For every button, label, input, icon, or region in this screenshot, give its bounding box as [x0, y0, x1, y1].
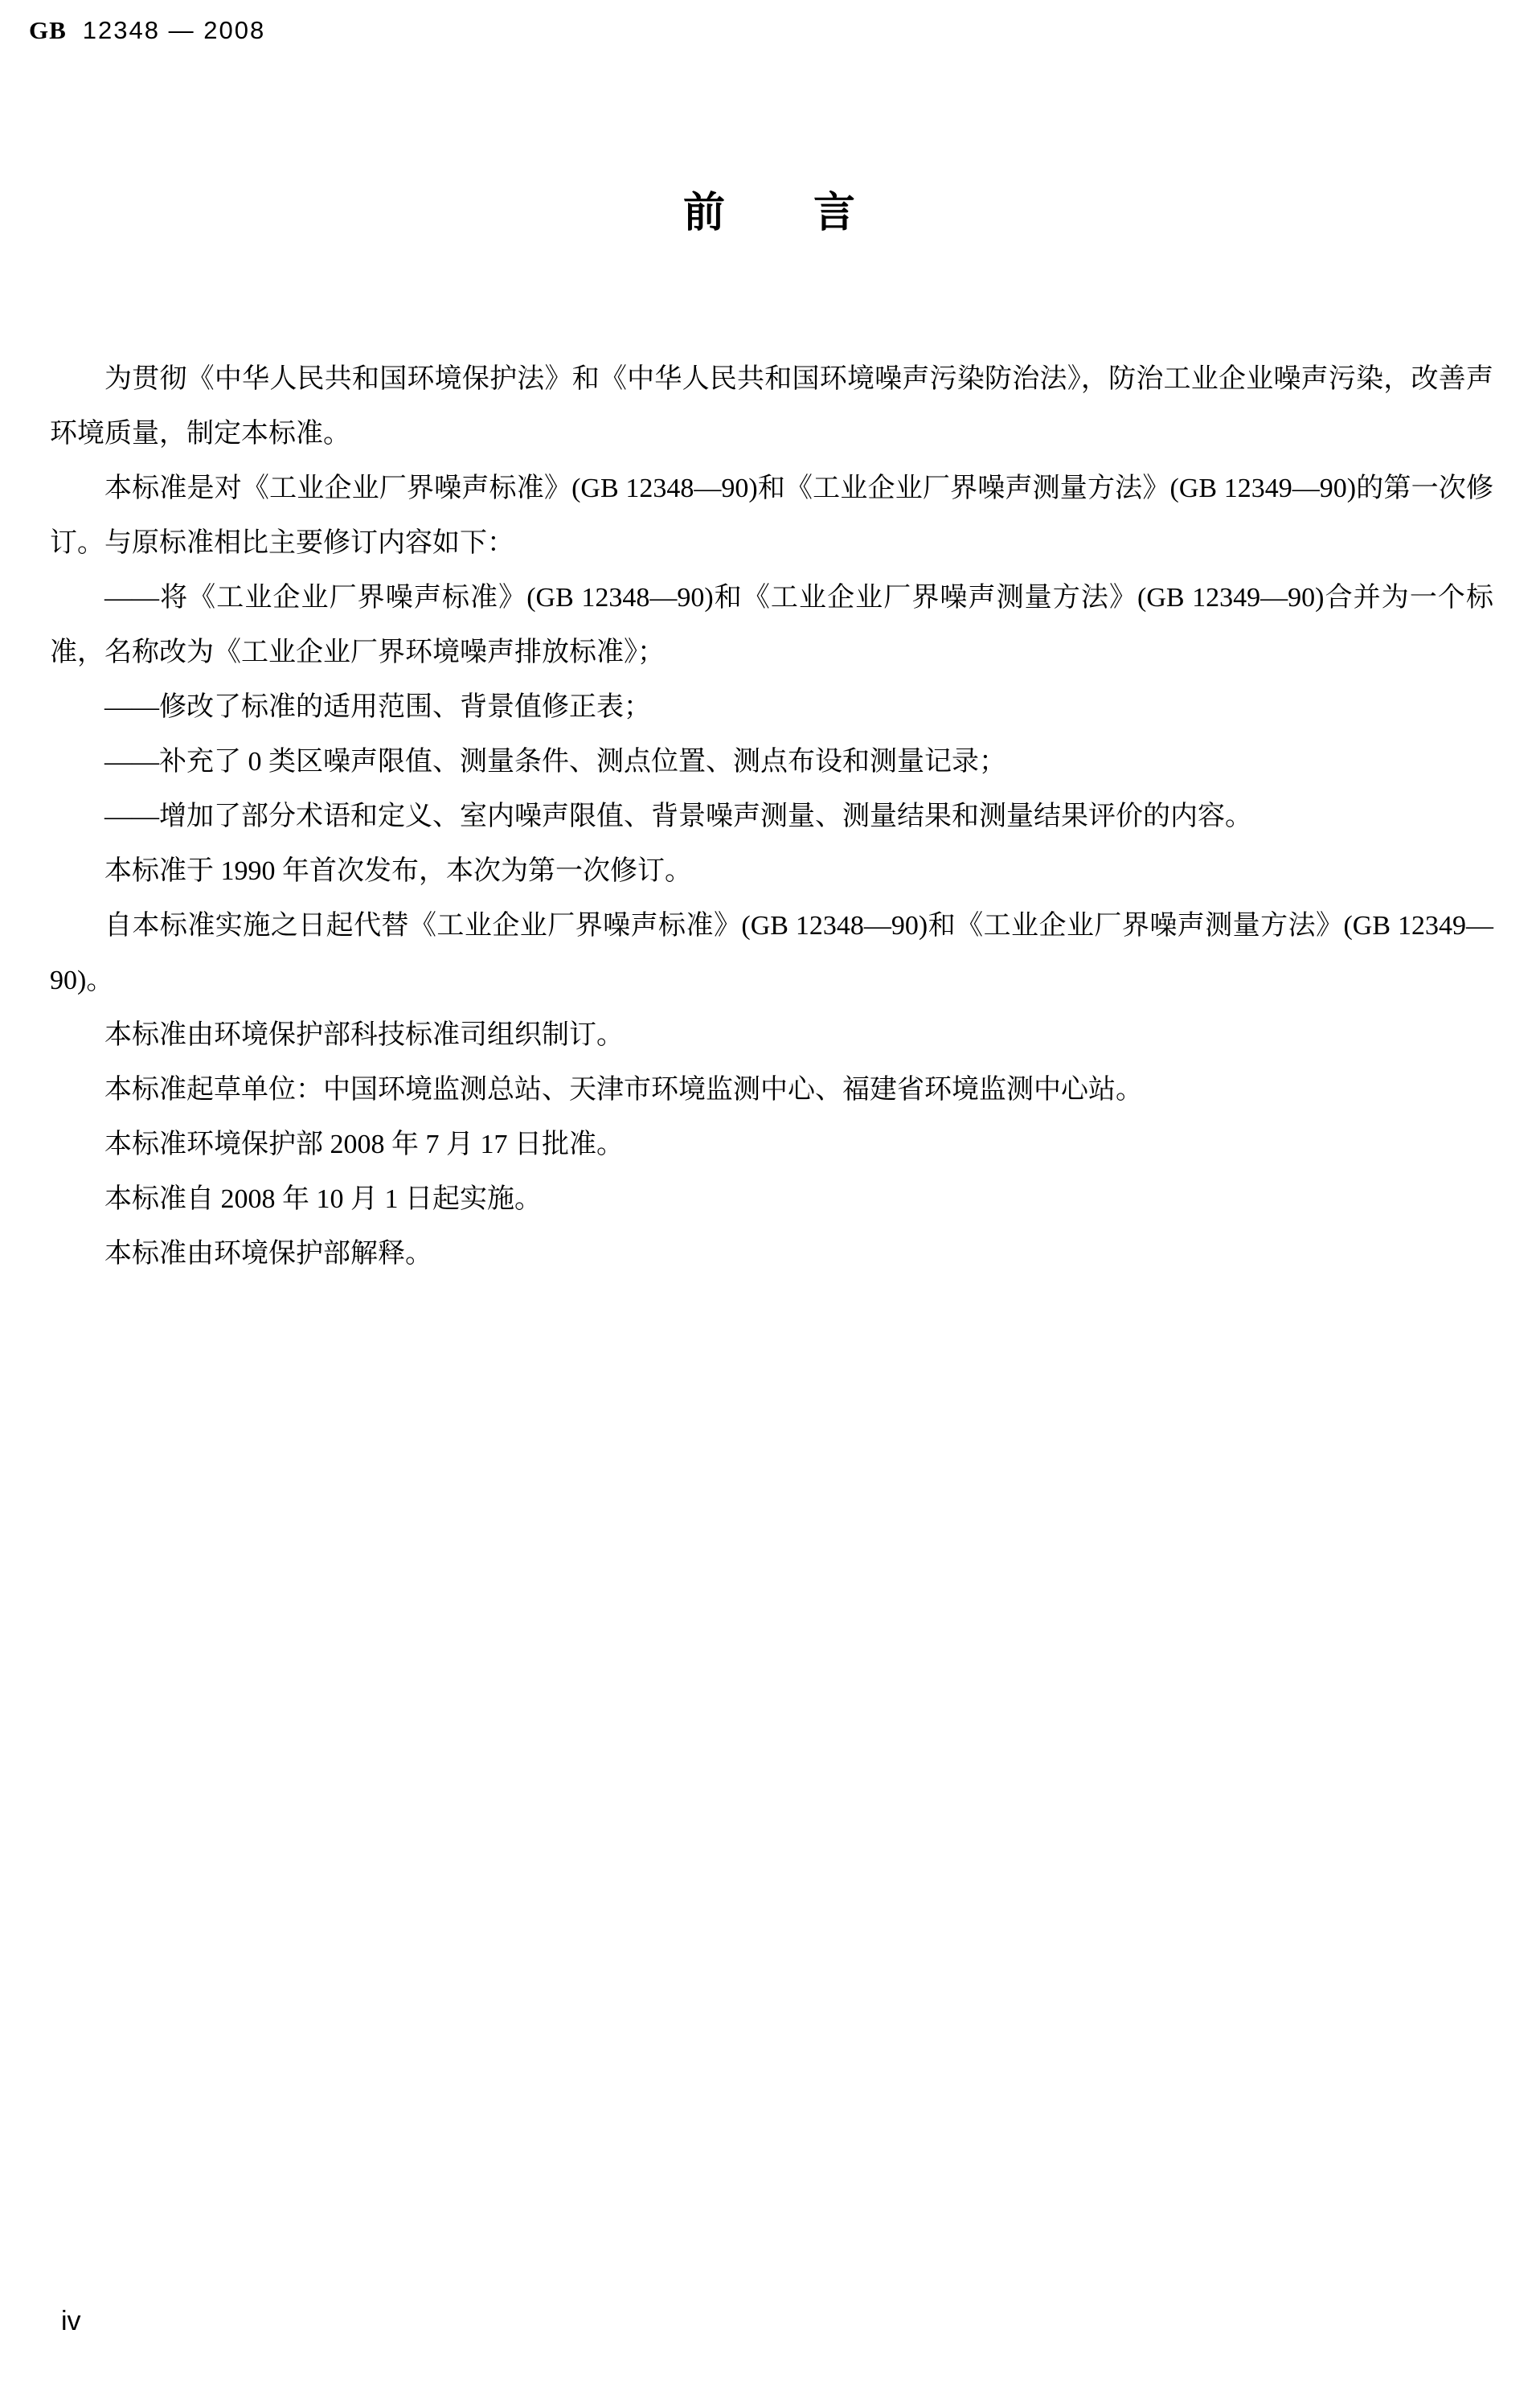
- paragraph: 本标准于 1990 年首次发布，本次为第一次修订。: [50, 844, 1493, 899]
- standard-code-prefix: GB: [29, 16, 67, 44]
- page-number: iv: [61, 2306, 81, 2336]
- document-header: GB12348 — 2008: [29, 16, 265, 45]
- paragraph: 本标准由环境保护部解释。: [50, 1227, 1493, 1282]
- paragraph: ——将《工业企业厂界噪声标准》(GB 12348—90)和《工业企业厂界噪声测量…: [50, 571, 1493, 680]
- document-page: GB12348 — 2008 前 言 为贯彻《中华人民共和国环境保护法》和《中华…: [0, 0, 1540, 2383]
- paragraph: 本标准是对《工业企业厂界噪声标准》(GB 12348—90)和《工业企业厂界噪声…: [50, 461, 1493, 571]
- paragraph: ——补充了 0 类区噪声限值、测量条件、测点位置、测点布设和测量记录；: [50, 735, 1493, 790]
- paragraph: ——增加了部分术语和定义、室内噪声限值、背景噪声测量、测量结果和测量结果评价的内…: [50, 790, 1493, 844]
- paragraph: 为贯彻《中华人民共和国环境保护法》和《中华人民共和国环境噪声污染防治法》，防治工…: [50, 352, 1493, 461]
- paragraph: ——修改了标准的适用范围、背景值修正表；: [50, 680, 1493, 735]
- paragraph: 本标准自 2008 年 10 月 1 日起实施。: [50, 1172, 1493, 1227]
- paragraph: 自本标准实施之日起代替《工业企业厂界噪声标准》(GB 12348—90)和《工业…: [50, 899, 1493, 1008]
- foreword-body: 为贯彻《中华人民共和国环境保护法》和《中华人民共和国环境噪声污染防治法》，防治工…: [50, 352, 1493, 1282]
- paragraph: 本标准环境保护部 2008 年 7 月 17 日批准。: [50, 1118, 1493, 1172]
- standard-code-number: 12348 — 2008: [83, 16, 265, 44]
- foreword-title: 前 言: [0, 178, 1540, 239]
- paragraph: 本标准起草单位：中国环境监测总站、天津市环境监测中心、福建省环境监测中心站。: [50, 1063, 1493, 1118]
- document-footer: iv: [61, 2306, 81, 2337]
- paragraph: 本标准由环境保护部科技标准司组织制订。: [50, 1008, 1493, 1063]
